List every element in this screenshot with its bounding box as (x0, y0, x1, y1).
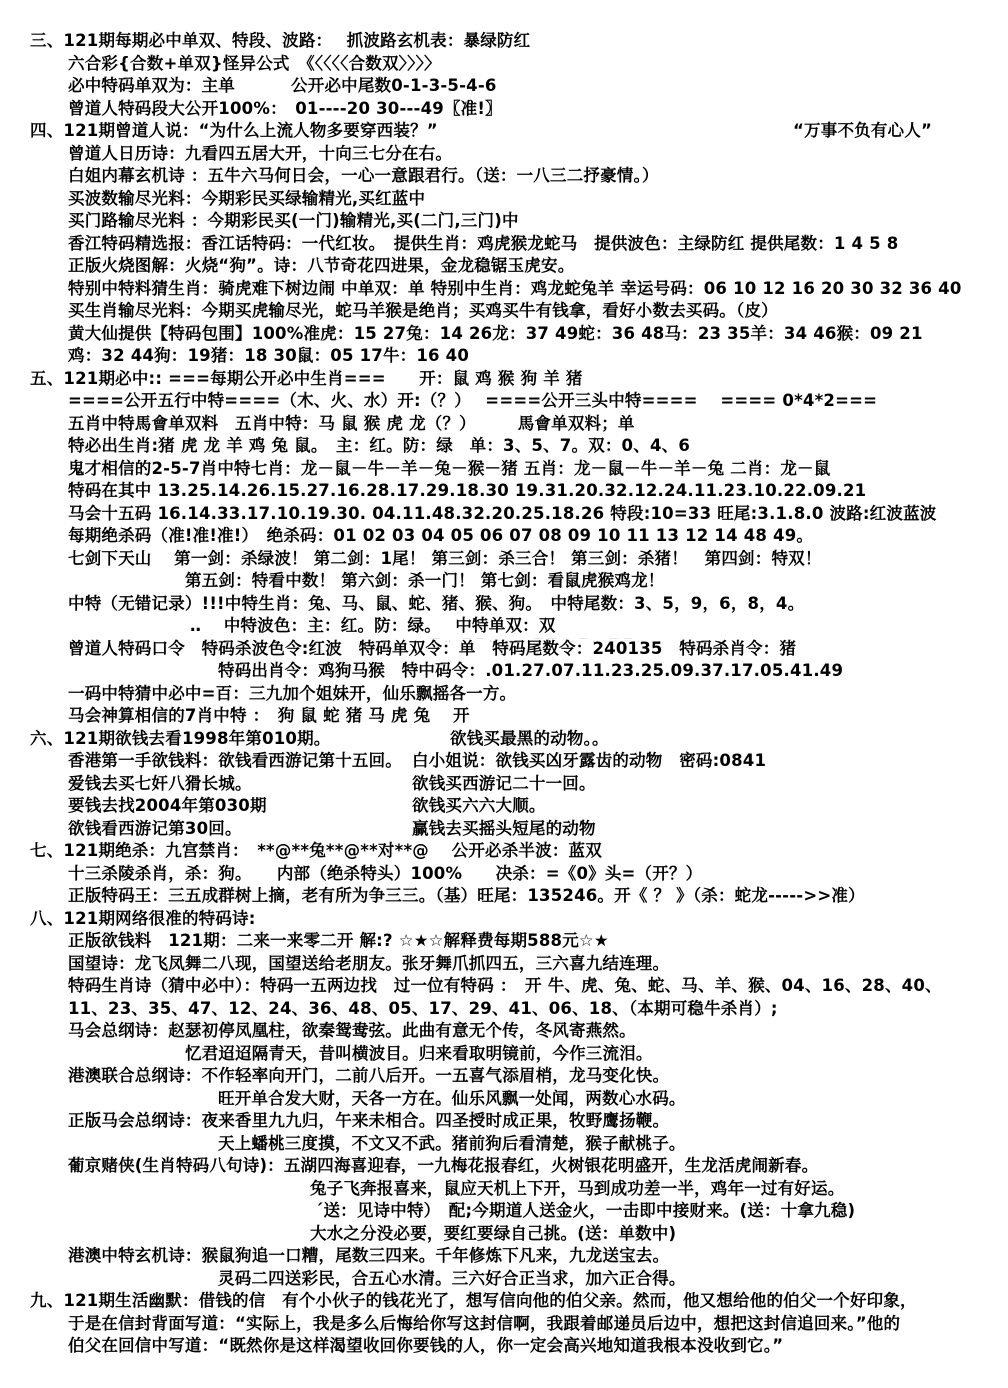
line-text: 白姐内幕玄机诗 ：五牛六马何日会，一心一意跟君行。（送：一八三二抒豪情。） (68, 166, 659, 185)
line-text: 于是在信封背面写道：“实际上，我是多么后悔给你写这封信啊，我跟着邮递员后边中，想… (68, 1314, 900, 1333)
text-line: 葡京赌侠(生肖特码八句诗)：五湖四海喜迎春，一九梅花报春红，火树银花明盛开，生龙… (0, 1155, 1008, 1178)
line-text: 每期绝杀码（准!准!准!） 绝杀码：01 02 03 04 05 06 07 0… (68, 526, 813, 545)
text-line: 忆君迢迢隔青天，昔叫横波目。归来看取明镜前，今作三流泪。 (0, 1043, 1008, 1066)
line-text: 伯父在回信中写道：“既然你是这样渴望收回你要钱的人，你一定会高兴地知道我根本没收… (68, 1336, 783, 1355)
line-text: 香港第一手欲钱料：欲钱看西游记第十五回。 (68, 751, 402, 770)
line-text: 黄大仙提供【特码包围】100%准虎：15 27兔：14 26龙：37 49蛇：3… (68, 324, 923, 343)
line-text: 特码出肖令：鸡狗马猴 特中码令：.01.27.07.11.23.25.09.37… (218, 661, 843, 680)
line-text: 五肖中特馬會单双料 五肖中特：马 鼠 猴 虎 龙（？） 馬會单双料；单 (68, 414, 635, 433)
text-line: 于是在信封背面写道：“实际上，我是多么后悔给你写这封信啊，我跟着邮递员后边中，想… (0, 1313, 1008, 1336)
text-line: 七剑下天山 第一剑：杀绿波！ 第二剑：1尾！ 第三剑：杀三合！ 第三剑：杀猪！ … (0, 548, 1008, 571)
text-line: 一码中特猜中必中=百：三九加个姐妹开，仙乐飘摇各一方。 (0, 683, 1008, 706)
section-7: 七、121期绝杀：九宫禁肖： **@**兔**@**对**@ 公开必杀半波：蓝双… (0, 840, 1008, 908)
text-line: 欲钱看西游记第30回。赢钱去买摇头短尾的动物 (0, 818, 1008, 841)
line-text: 忆君迢迢隔青天，昔叫横波目。归来看取明镜前，今作三流泪。 (185, 1044, 653, 1063)
text-line: 曾道人特码段大公开100%： 01----20 30---49〖准!〗 (0, 98, 1008, 121)
text-line: 伯父在回信中写道：“既然你是这样渴望收回你要钱的人，你一定会高兴地知道我根本没收… (0, 1335, 1008, 1358)
section-6: 六、121期欲钱去看1998年第010期。欲钱买最黑的动物。。香港第一手欲钱料：… (0, 728, 1008, 841)
line-text: 正版马会总纲诗：夜来香里九九归，午来未相合。四圣授时成正果，牧野鹰扬鞭。 (68, 1111, 669, 1130)
line-text: 中特（无错记录）!!!中特生肖：兔、马、鼠、蛇、猪、猴、狗。 中特尾数：3、5，… (68, 594, 804, 613)
line-text: 葡京赌侠(生肖特码八句诗)：五湖四海喜迎春，一九梅花报春红，火树银花明盛开，生龙… (68, 1156, 818, 1175)
text-line: 大水之分没必要，要红要绿自己挑。(送：单数中) (0, 1223, 1008, 1246)
text-line: 鬼才相信的2-5-7肖中特七肖：龙－鼠－牛－羊－兔－猴－猪 五肖：龙－鼠－牛－羊… (0, 458, 1008, 481)
line-text: 要钱去找2004年第030期 (68, 796, 267, 815)
line-text: 曾道人特码段大公开100%： 01----20 30---49〖准!〗 (68, 99, 502, 118)
line-text: 六合彩{合数+单双}怪异公式 《〈〈〈〈合数双〉〉〉〉 (68, 54, 441, 73)
text-line: 白姐内幕玄机诗 ：五牛六马何日会，一心一意跟君行。（送：一八三二抒豪情。） (0, 165, 1008, 188)
line-text: 马会十五码 16.14.33.17.10.19.30. 04.11.48.32.… (68, 504, 936, 523)
section-3: 三、121期每期必中单双、特段、波路： 抓波路玄机表：暴绿防红六合彩{合数+单双… (0, 30, 1008, 120)
lottery-tip-sheet-page: 三、121期每期必中单双、特段、波路： 抓波路玄机表：暴绿防红六合彩{合数+单双… (0, 0, 1008, 1388)
text-line: 每期绝杀码（准!准!准!） 绝杀码：01 02 03 04 05 06 07 0… (0, 525, 1008, 548)
line-text: 七剑下天山 第一剑：杀绿波！ 第二剑：1尾！ 第三剑：杀三合！ 第三剑：杀猪！ … (68, 549, 822, 568)
text-line: 兔子飞奔报喜来，鼠应天机上下开，马到成功差一半，鸡年一过有好运。 (0, 1178, 1008, 1201)
text-line: 马会神算相信的7肖中特 ： 狗 鼠 蛇 猪 马 虎 兔 开 (0, 705, 1008, 728)
text-line: 特别中特料猜生肖：骑虎难下树边闹 中单双：单 特别中生肖：鸡龙蛇兔羊 幸运号码：… (0, 278, 1008, 301)
line-text: 鬼才相信的2-5-7肖中特七肖：龙－鼠－牛－羊－兔－猴－猪 五肖：龙－鼠－牛－羊… (68, 459, 830, 478)
text-line: 港澳中特玄机诗：猴鼠狗追一口糟，尾数三四来。千年修炼下凡来，九龙送宝去。 (0, 1245, 1008, 1268)
text-line: 买生肖输尽光料：今期买虎输尽光，蛇马羊猴是绝肖；买鸡买牛有钱拿，看好小数去买码。… (0, 300, 1008, 323)
section-9: 九、121期生活幽默：借钱的信 有个小伙子的钱花光了，想写信向他的伯父亲。然而，… (0, 1290, 1008, 1358)
text-line: 特码出肖令：鸡狗马猴 特中码令：.01.27.07.11.23.25.09.37… (0, 660, 1008, 683)
line-text: 买生肖输尽光料：今期买虎输尽光，蛇马羊猴是绝肖；买鸡买牛有钱拿，看好小数去买码。… (68, 301, 778, 320)
text-line: 买波数输尽光料：今期彩民买绿输精光,买红蓝中 (0, 188, 1008, 211)
section-5: 五、121期必中:: ===每期公开必中生肖=== 开：鼠 鸡 猴 狗 羊 猪=… (0, 368, 1008, 728)
text-line: 九、121期生活幽默：借钱的信 有个小伙子的钱花光了，想写信向他的伯父亲。然而，… (0, 1290, 1008, 1313)
text-line: 香港第一手欲钱料：欲钱看西游记第十五回。白小姐说：欲钱买凶牙露齿的动物 密码:0… (0, 750, 1008, 773)
text-line: 特码在其中 13.25.14.26.15.27.16.28.17.29.18.3… (0, 480, 1008, 503)
text-line: 天上蟠桃三度摸，不文又不武。猪前狗后看清楚，猴子献桃子。 (0, 1133, 1008, 1156)
line-text: 鸡：32 44狗：19猪：18 30鼠：05 17牛：16 40 (68, 346, 469, 365)
line-text: 特码生肖诗（猜中必中）：特码一五两边找 过一位有特码 ： 开 牛、虎、兔、蛇、马… (68, 976, 942, 995)
text-line: 要钱去找2004年第030期欲钱买六六大顺。 (0, 795, 1008, 818)
line-text: 天上蟠桃三度摸，不文又不武。猪前狗后看清楚，猴子献桃子。 (218, 1134, 686, 1153)
text-line: 五、121期必中:: ===每期公开必中生肖=== 开：鼠 鸡 猴 狗 羊 猪 (0, 368, 1008, 391)
text-line: 正版火烧图解：火烧“狗”。诗：八节奇花四进果，金龙稳锯玉虎安。 (0, 255, 1008, 278)
line-text: 欲钱看西游记第30回。 (68, 819, 242, 838)
line-text: 必中特码单双为：主单 公开必中尾数0-1-3-5-4-6 (68, 76, 497, 95)
text-line: 必中特码单双为：主单 公开必中尾数0-1-3-5-4-6 (0, 75, 1008, 98)
text-line: ‥ 中特波色：主：红。防：绿。 中特单双：双－‥ －－‥ ‥ ‥－－ ‥－‥ －… (0, 615, 1008, 638)
line-text: 正版欲钱料 121期：二来一来零二开 解:? ☆★☆解释费每期588元☆★ (68, 931, 609, 950)
section-4: 四、121期曾道人说：“为什么上流人物多要穿西装？”“万事不负有心人”曾道人日历… (0, 120, 1008, 368)
text-line: 曾道人日历诗：九看四五居大开，十向三七分在右。 (0, 143, 1008, 166)
text-line: 灵码二四送彩民，合五心水清。三六好合正当求，加六正合得。 (0, 1268, 1008, 1291)
line-text: 马会神算相信的7肖中特 ： 狗 鼠 蛇 猪 马 虎 兔 开 (68, 706, 470, 725)
text-line: ====公开五行中特====（木、火、水）开:（？） ====公开三头中特===… (0, 390, 1008, 413)
line-text: 正版特码王：三五成群树上摘，老有所为争三三。（基）旺尾：135246。开《 ？ … (68, 886, 865, 905)
line-text: 八、121期网络很准的特码诗: (30, 909, 256, 928)
line-text: 曾道人日历诗：九看四五居大开，十向三七分在右。 (68, 144, 452, 163)
line-text: 三、121期每期必中单双、特段、波路： 抓波路玄机表：暴绿防红 (30, 31, 530, 50)
line-text-right-column: “万事不负有心人” (793, 120, 932, 143)
line-text: 买波数输尽光料：今期彩民买绿输精光,买红蓝中 (68, 189, 425, 208)
text-line: 第五剑：特看中数！ 第六剑：杀一门！ 第七剑：看鼠虎猴鸡龙！ (0, 570, 1008, 593)
line-text: ====公开五行中特====（木、火、水）开:（？） ====公开三头中特===… (68, 391, 877, 410)
line-text: 大水之分没必要，要红要绿自己挑。(送：单数中) (310, 1224, 676, 1243)
text-line: 五肖中特馬會单双料 五肖中特：马 鼠 猴 虎 龙（？） 馬會单双料；单 (0, 413, 1008, 436)
line-text-right-column: 欲钱买最黑的动物。。 (450, 728, 609, 751)
line-text: 马会总纲诗：赵瑟初停凤凰柱，欲秦鸳鸯弦。此曲有意无个传，冬风寄燕然。 (68, 1021, 636, 1040)
line-text: 七、121期绝杀：九宫禁肖： **@**兔**@**对**@ 公开必杀半波：蓝双 (30, 841, 602, 860)
text-line: 马会总纲诗：赵瑟初停凤凰柱，欲秦鸳鸯弦。此曲有意无个传，冬风寄燕然。 (0, 1020, 1008, 1043)
line-text: 六、121期欲钱去看1998年第010期。 (30, 729, 331, 748)
line-text-right-column: 赢钱去买摇头短尾的动物 (412, 818, 596, 841)
line-text: 港澳中特玄机诗：猴鼠狗追一口糟，尾数三四来。千年修炼下凡来，九龙送宝去。 (68, 1246, 669, 1265)
line-text: 第五剑：特看中数！ 第六剑：杀一门！ 第七剑：看鼠虎猴鸡龙！ (185, 571, 665, 590)
line-text: 曾道人特码口令 特码杀波色令:红波 特码单双令：单 特码尾数令：240135 特… (68, 639, 796, 658)
text-line: 八、121期网络很准的特码诗: (0, 908, 1008, 931)
text-line: 六、121期欲钱去看1998年第010期。欲钱买最黑的动物。。 (0, 728, 1008, 751)
text-line: 中特（无错记录）!!!中特生肖：兔、马、鼠、蛇、猪、猴、狗。 中特尾数：3、5，… (0, 593, 1008, 616)
line-text: 香江特码精选报：香江话特码：一代红妆。 提供生肖：鸡虎猴龙蛇马 提供波色：主绿防… (68, 234, 898, 253)
text-line: 七、121期绝杀：九宫禁肖： **@**兔**@**对**@ 公开必杀半波：蓝双 (0, 840, 1008, 863)
line-text: 灵码二四送彩民，合五心水清。三六好合正当求，加六正合得。 (218, 1269, 686, 1288)
text-line: 特码生肖诗（猜中必中）：特码一五两边找 过一位有特码 ： 开 牛、虎、兔、蛇、马… (0, 975, 1008, 998)
line-text: ´送：见诗中特） 配;今期道人送金火，一击即中接财来。(送：十拿九稳) (315, 1201, 855, 1220)
line-text: 特必出生肖:猪 虎 龙 羊 鸡 兔 鼠。 主：红。防：绿 单：3、5、7。双：0… (68, 436, 690, 455)
text-line: 马会十五码 16.14.33.17.10.19.30. 04.11.48.32.… (0, 503, 1008, 526)
line-text: 特别中特料猜生肖：骑虎难下树边闹 中单双：单 特别中生肖：鸡龙蛇兔羊 幸运号码：… (68, 279, 962, 298)
text-line: 三、121期每期必中单双、特段、波路： 抓波路玄机表：暴绿防红 (0, 30, 1008, 53)
text-line: 正版马会总纲诗：夜来香里九九归，午来未相合。四圣授时成正果，牧野鹰扬鞭。 (0, 1110, 1008, 1133)
line-text: 正版火烧图解：火烧“狗”。诗：八节奇花四进果，金龙稳锯玉虎安。 (68, 256, 574, 275)
line-text: 爱钱去买七奸八猾长城。 (68, 774, 252, 793)
text-line: 国望诗：龙飞凤舞二八现，国望送给老朋友。张牙舞爪抓四五，三六喜九结连理。 (0, 953, 1008, 976)
line-text: 兔子飞奔报喜来，鼠应天机上下开，马到成功差一半，鸡年一过有好运。 (310, 1179, 844, 1198)
line-text: 买门路输尽光料 ：今期彩民买(一门)输精光,买(二门,三门)中 (68, 211, 519, 230)
line-text: 国望诗：龙飞凤舞二八现，国望送给老朋友。张牙舞爪抓四五，三六喜九结连理。 (68, 954, 669, 973)
text-line: 鸡：32 44狗：19猪：18 30鼠：05 17牛：16 40 (0, 345, 1008, 368)
line-text: 11、23、35、47、12、24、36、48、05、17、29、41、06、1… (68, 999, 778, 1018)
text-line: 十三杀陵杀肖，杀：狗。 内部（绝杀特头）100% 决杀：=《0》头=（开？） (0, 863, 1008, 886)
line-text: 十三杀陵杀肖，杀：狗。 内部（绝杀特头）100% 决杀：=《0》头=（开？） (68, 864, 702, 883)
line-text: 五、121期必中:: ===每期公开必中生肖=== 开：鼠 鸡 猴 狗 羊 猪 (30, 369, 583, 388)
text-line: 港澳联合总纲诗：不作轻率向开门，二前八后开。一五喜气添眉梢，龙马变化快。 (0, 1065, 1008, 1088)
text-line: 旺开单合发大财，天各一方在。仙乐风飘一处闻，两数心水码。 (0, 1088, 1008, 1111)
text-line: 特必出生肖:猪 虎 龙 羊 鸡 兔 鼠。 主：红。防：绿 单：3、5、7。双：0… (0, 435, 1008, 458)
line-text: 一码中特猜中必中=百：三九加个姐妹开，仙乐飘摇各一方。 (68, 684, 516, 703)
text-line: 香江特码精选报：香江话特码：一代红妆。 提供生肖：鸡虎猴龙蛇马 提供波色：主绿防… (0, 233, 1008, 256)
text-line: 正版欲钱料 121期：二来一来零二开 解:? ☆★☆解释费每期588元☆★ (0, 930, 1008, 953)
line-text-right-column: 欲钱买西游记二十一回。 (412, 773, 596, 796)
line-text-right-column: 白小姐说：欲钱买凶牙露齿的动物 密码:0841 (412, 750, 766, 773)
section-8: 八、121期网络很准的特码诗:正版欲钱料 121期：二来一来零二开 解:? ☆★… (0, 908, 1008, 1291)
text-line: 爱钱去买七奸八猾长城。欲钱买西游记二十一回。 (0, 773, 1008, 796)
text-line: 四、121期曾道人说：“为什么上流人物多要穿西装？”“万事不负有心人” (0, 120, 1008, 143)
line-text: 四、121期曾道人说：“为什么上流人物多要穿西装？” (30, 121, 438, 140)
line-text: 港澳联合总纲诗：不作轻率向开门，二前八后开。一五喜气添眉梢，龙马变化快。 (68, 1066, 669, 1085)
line-text: 旺开单合发大财，天各一方在。仙乐风飘一处闻，两数心水码。 (218, 1089, 686, 1108)
line-text: 九、121期生活幽默：借钱的信 有个小伙子的钱花光了，想写信向他的伯父亲。然而，… (30, 1291, 917, 1310)
text-line: 买门路输尽光料 ：今期彩民买(一门)输精光,买(二门,三门)中 (0, 210, 1008, 233)
line-text: 特码在其中 13.25.14.26.15.27.16.28.17.29.18.3… (68, 481, 866, 500)
text-line: 曾道人特码口令 特码杀波色令:红波 特码单双令：单 特码尾数令：240135 特… (0, 638, 1008, 661)
document-body: 三、121期每期必中单双、特段、波路： 抓波路玄机表：暴绿防红六合彩{合数+单双… (0, 30, 1008, 1358)
text-line: 黄大仙提供【特码包围】100%准虎：15 27兔：14 26龙：37 49蛇：3… (0, 323, 1008, 346)
text-line: 六合彩{合数+单双}怪异公式 《〈〈〈〈合数双〉〉〉〉 (0, 53, 1008, 76)
line-text-right-column: 欲钱买六六大顺。 (412, 795, 546, 818)
text-line: ´送：见诗中特） 配;今期道人送金火，一击即中接财来。(送：十拿九稳) (0, 1200, 1008, 1223)
text-line: 11、23、35、47、12、24、36、48、05、17、29、41、06、1… (0, 998, 1008, 1021)
text-line: 正版特码王：三五成群树上摘，老有所为争三三。（基）旺尾：135246。开《 ？ … (0, 885, 1008, 908)
